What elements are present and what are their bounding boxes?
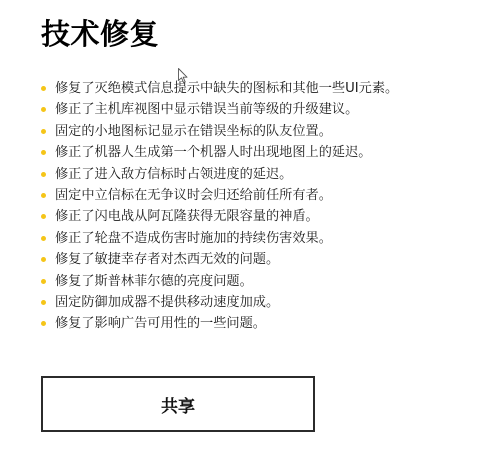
fix-text: 修正了闪电战从阿瓦隆获得无限容量的神盾。 bbox=[55, 209, 319, 224]
list-item: 修正了进入敌方信标时占领进度的延迟。 bbox=[36, 164, 398, 185]
fix-text: 修正了进入敌方信标时占领进度的延迟。 bbox=[55, 167, 292, 182]
share-button[interactable]: 共享 bbox=[41, 376, 315, 432]
fix-list: 修复了灭绝模式信息提示中缺失的图标和其他一些UI元素。 修正了主机库视图中显示错… bbox=[36, 78, 398, 335]
bullet-icon bbox=[41, 150, 46, 155]
bullet-icon bbox=[41, 321, 46, 326]
share-button-label: 共享 bbox=[161, 392, 195, 417]
mouse-pointer-icon bbox=[178, 68, 188, 84]
list-item: 固定防御加成器不提供移动速度加成。 bbox=[36, 292, 398, 313]
fix-text: 修正了轮盘不造成伤害时施加的持续伤害效果。 bbox=[55, 231, 332, 246]
fix-text: 修复了敏捷幸存者对杰西无效的问题。 bbox=[55, 252, 279, 267]
list-item: 修复了灭绝模式信息提示中缺失的图标和其他一些UI元素。 bbox=[36, 78, 398, 99]
fix-text: 固定的小地图标记显示在错误坐标的队友位置。 bbox=[55, 124, 332, 139]
list-item: 修正了轮盘不造成伤害时施加的持续伤害效果。 bbox=[36, 228, 398, 249]
fix-text: 修正了机器人生成第一个机器人时出现地图上的延迟。 bbox=[55, 145, 372, 160]
fix-text: 固定中立信标在无争议时会归还给前任所有者。 bbox=[55, 188, 332, 203]
fix-text: 修正了主机库视图中显示错误当前等级的升级建议。 bbox=[55, 102, 358, 117]
bullet-icon bbox=[41, 172, 46, 177]
page-title: 技术修复 bbox=[41, 14, 159, 54]
list-item: 修复了敏捷幸存者对杰西无效的问题。 bbox=[36, 249, 398, 270]
list-item: 修正了主机库视图中显示错误当前等级的升级建议。 bbox=[36, 99, 398, 120]
fix-text: 修复了斯普林菲尔德的亮度问题。 bbox=[55, 274, 253, 289]
bullet-icon bbox=[41, 257, 46, 262]
list-item: 固定的小地图标记显示在错误坐标的队友位置。 bbox=[36, 121, 398, 142]
bullet-icon bbox=[41, 236, 46, 241]
fix-text: 修复了灭绝模式信息提示中缺失的图标和其他一些UI元素。 bbox=[55, 81, 398, 96]
bullet-icon bbox=[41, 279, 46, 284]
list-item: 固定中立信标在无争议时会归还给前任所有者。 bbox=[36, 185, 398, 206]
bullet-icon bbox=[41, 129, 46, 134]
list-item: 修复了斯普林菲尔德的亮度问题。 bbox=[36, 271, 398, 292]
bullet-icon bbox=[41, 300, 46, 305]
bullet-icon bbox=[41, 86, 46, 91]
bullet-icon bbox=[41, 107, 46, 112]
fix-text: 修复了影响广告可用性的一些问题。 bbox=[55, 316, 266, 331]
list-item: 修正了机器人生成第一个机器人时出现地图上的延迟。 bbox=[36, 142, 398, 163]
fix-text: 固定防御加成器不提供移动速度加成。 bbox=[55, 295, 279, 310]
list-item: 修复了影响广告可用性的一些问题。 bbox=[36, 313, 398, 334]
technical-fixes-page: 技术修复 修复了灭绝模式信息提示中缺失的图标和其他一些UI元素。 修正了主机库视… bbox=[0, 0, 500, 456]
bullet-icon bbox=[41, 193, 46, 198]
list-item: 修正了闪电战从阿瓦隆获得无限容量的神盾。 bbox=[36, 206, 398, 227]
bullet-icon bbox=[41, 214, 46, 219]
